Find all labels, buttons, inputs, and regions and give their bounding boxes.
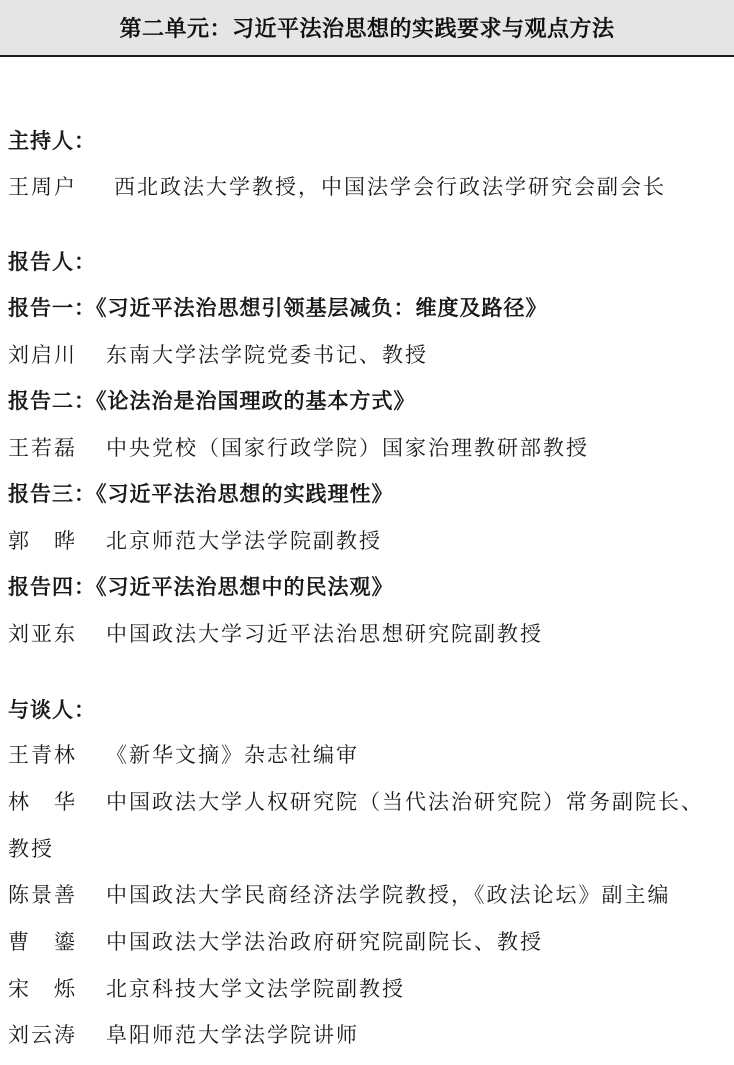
person-title: 中央党校（国家行政学院）国家治理教研部教授 <box>106 434 589 462</box>
person-title: 《新华文摘》杂志社编审 <box>106 741 359 769</box>
person-name: 王若磊 <box>8 434 106 462</box>
person-title: 中国政法大学民商经济法学院教授，《政法论坛》副主编 <box>106 881 671 909</box>
discussant-row: 林 华中国政法大学人权研究院（当代法治研究院）常务副院长、 <box>8 788 704 816</box>
person-name: 刘云涛 <box>8 1021 106 1049</box>
person-title: 中国政法大学法治政府研究院副院长、教授 <box>106 928 543 956</box>
person-title: 西北政法大学教授，中国法学会行政法学研究会副会长 <box>114 173 666 201</box>
report-heading: 报告二：《论法治是治国理政的基本方式》 <box>8 387 416 415</box>
person-name: 林 华 <box>8 788 106 816</box>
discussant-row: 陈景善中国政法大学民商经济法学院教授，《政法论坛》副主编 <box>8 881 671 909</box>
reporters-label: 报告人： <box>8 248 96 276</box>
person-name: 郭 晔 <box>8 527 106 555</box>
person-title: 中国政法大学人权研究院（当代法治研究院）常务副院长、 <box>106 788 704 816</box>
person-title: 阜阳师范大学法学院讲师 <box>106 1021 359 1049</box>
person-name: 刘启川 <box>8 341 106 369</box>
section-header: 第二单元：习近平法治思想的实践要求与观点方法 <box>0 0 734 57</box>
reporter-row: 王若磊中央党校（国家行政学院）国家治理教研部教授 <box>8 434 589 462</box>
discussants-label: 与谈人： <box>8 696 96 724</box>
person-title: 北京科技大学文法学院副教授 <box>106 975 405 1003</box>
person-name: 王青林 <box>8 741 106 769</box>
host-row: 王周户西北政法大学教授，中国法学会行政法学研究会副会长 <box>8 173 666 201</box>
person-name: 王周户 <box>8 173 114 201</box>
person-title: 东南大学法学院党委书记、教授 <box>106 341 428 369</box>
report-heading: 报告三：《习近平法治思想的实践理性》 <box>8 480 394 508</box>
reporter-row: 刘亚东中国政法大学习近平法治思想研究院副教授 <box>8 620 543 648</box>
reporter-row: 刘启川东南大学法学院党委书记、教授 <box>8 341 428 369</box>
discussant-row: 刘云涛阜阳师范大学法学院讲师 <box>8 1021 359 1049</box>
discussant-row: 宋 烁北京科技大学文法学院副教授 <box>8 975 405 1003</box>
report-heading: 报告一：《习近平法治思想引领基层减负：维度及路径》 <box>8 294 548 322</box>
discussant-row: 曹 鎏中国政法大学法治政府研究院副院长、教授 <box>8 928 543 956</box>
discussant-row: 王青林《新华文摘》杂志社编审 <box>8 741 359 769</box>
reporter-row: 郭 晔北京师范大学法学院副教授 <box>8 527 382 555</box>
person-name: 曹 鎏 <box>8 928 106 956</box>
person-name: 宋 烁 <box>8 975 106 1003</box>
host-label: 主持人： <box>8 127 96 155</box>
person-name: 陈景善 <box>8 881 106 909</box>
report-heading: 报告四：《习近平法治思想中的民法观》 <box>8 573 394 601</box>
section-title: 第二单元：习近平法治思想的实践要求与观点方法 <box>119 12 614 43</box>
person-name: 刘亚东 <box>8 620 106 648</box>
discussant-row-continuation: 教授 <box>8 835 54 863</box>
person-title: 中国政法大学习近平法治思想研究院副教授 <box>106 620 543 648</box>
person-title: 北京师范大学法学院副教授 <box>106 527 382 555</box>
